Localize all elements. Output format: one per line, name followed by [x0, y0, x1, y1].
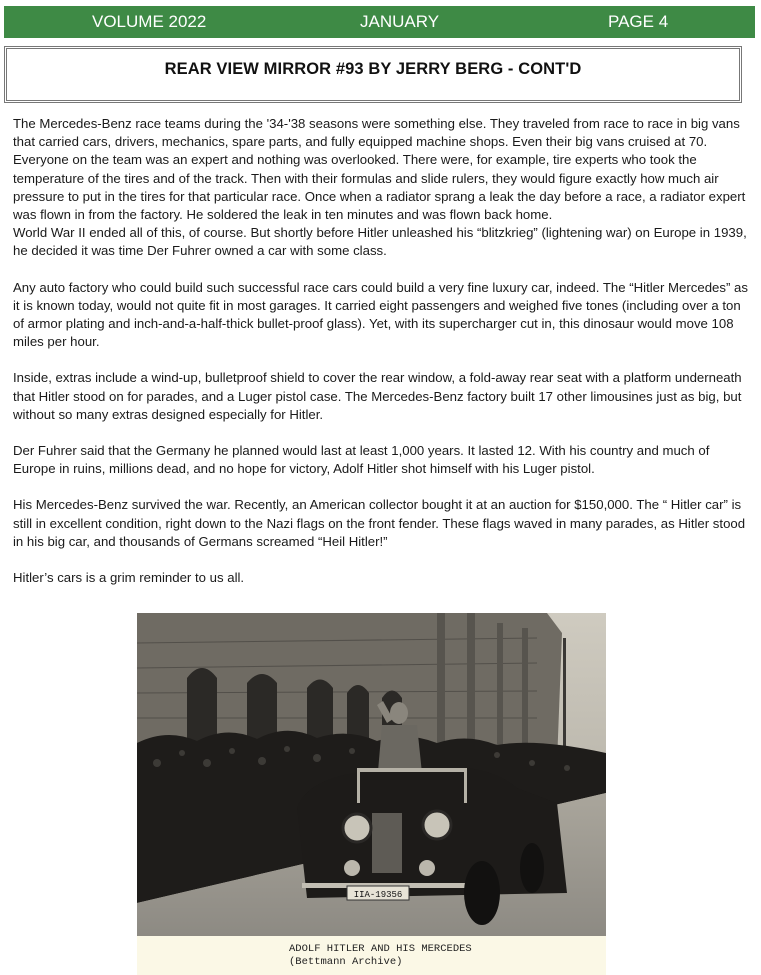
article-paragraph: Inside, extras include a wind-up, bullet…: [13, 369, 748, 424]
article-title-box: REAR VIEW MIRROR #93 BY JERRY BERG - CON…: [4, 46, 742, 103]
article-paragraph: His Mercedes-Benz survived the war. Rece…: [13, 496, 748, 551]
article-paragraph: Hitler’s cars is a grim reminder to us a…: [13, 569, 748, 587]
article-paragraph: Any auto factory who could build such su…: [13, 279, 748, 352]
photo-image: IIA-19356: [137, 613, 606, 936]
article-body: The Mercedes-Benz race teams during the …: [13, 115, 748, 605]
historical-photo: IIA-19356 ADOLF HITLER AND HIS MERCEDES …: [137, 613, 606, 975]
volume-label: VOLUME 2022: [92, 12, 206, 32]
article-paragraph: Der Fuhrer said that the Germany he plan…: [13, 442, 748, 478]
caption-credit: (Bettmann Archive): [289, 956, 606, 969]
photo-caption: ADOLF HITLER AND HIS MERCEDES (Bettmann …: [137, 943, 606, 969]
article-title: REAR VIEW MIRROR #93 BY JERRY BERG - CON…: [7, 60, 739, 79]
page-number-label: PAGE 4: [608, 12, 668, 32]
photo-illustration: IIA-19356: [137, 613, 606, 936]
license-plate-text: IIA-19356: [354, 890, 403, 900]
newsletter-header-bar: VOLUME 2022 JANUARY PAGE 4: [4, 6, 755, 38]
article-paragraph: The Mercedes-Benz race teams during the …: [13, 115, 748, 224]
caption-title: ADOLF HITLER AND HIS MERCEDES: [289, 943, 606, 956]
article-paragraph: World War II ended all of this, of cours…: [13, 224, 748, 260]
month-label: JANUARY: [360, 12, 439, 32]
